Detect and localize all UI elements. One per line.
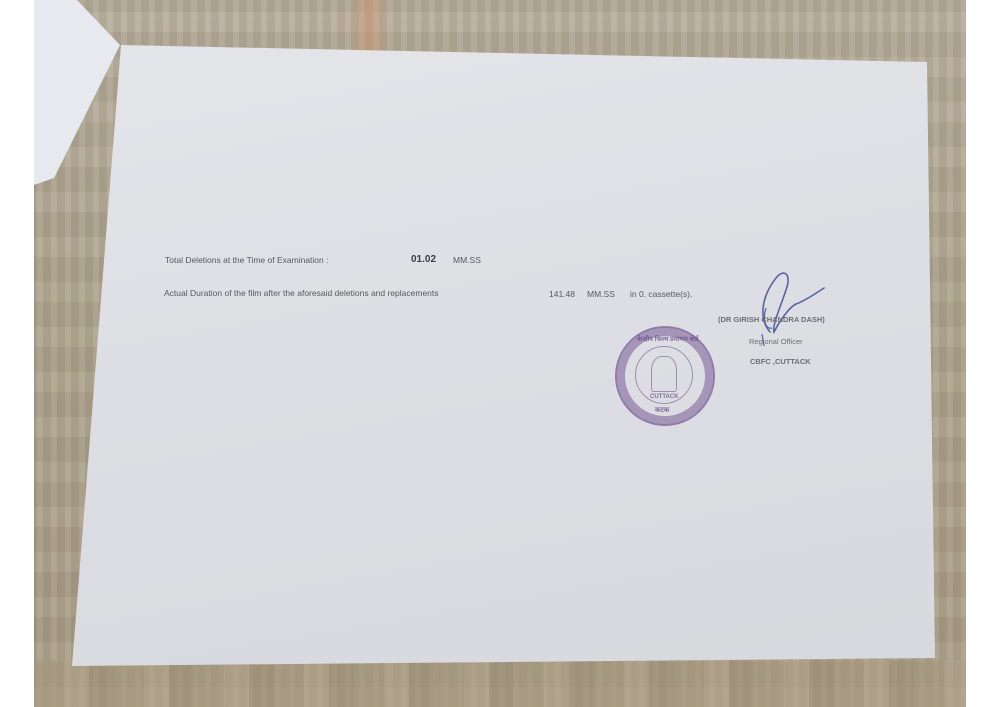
signatory-name: (DR GIRISH CHANDRA DASH) bbox=[718, 315, 825, 324]
national-emblem-icon bbox=[651, 356, 677, 392]
actual-duration-unit: MM.SS bbox=[587, 289, 615, 299]
certificate-page bbox=[34, 0, 966, 707]
actual-duration-label: Actual Duration of the film after the af… bbox=[164, 288, 439, 298]
actual-duration-value: 141.48 bbox=[549, 289, 575, 299]
total-deletions-value: 01.02 bbox=[411, 254, 436, 265]
stamp-city-hi: कटक bbox=[655, 406, 669, 415]
stamp-city-en: CUTTACK bbox=[650, 394, 679, 400]
signatory-office: CBFC ,CUTTACK bbox=[750, 357, 811, 366]
total-deletions-unit: MM.SS bbox=[453, 255, 481, 265]
total-deletions-row: Total Deletions at the Time of Examinati… bbox=[165, 255, 328, 265]
signatory-designation: Regional Officer bbox=[749, 337, 803, 346]
total-deletions-label: Total Deletions at the Time of Examinati… bbox=[165, 255, 328, 265]
official-seal-stamp: केन्द्रीय फिल्म प्रमाणन बोर्ड CUTTACK कट… bbox=[615, 326, 715, 426]
stamp-top-text: केन्द्रीय फिल्म प्रमाणन बोर्ड bbox=[637, 334, 698, 343]
wood-plank-row bbox=[34, 660, 966, 707]
cassettes-text: in 0. cassette(s). bbox=[630, 289, 692, 299]
handwritten-signature bbox=[740, 268, 830, 348]
document-photo bbox=[34, 0, 966, 707]
